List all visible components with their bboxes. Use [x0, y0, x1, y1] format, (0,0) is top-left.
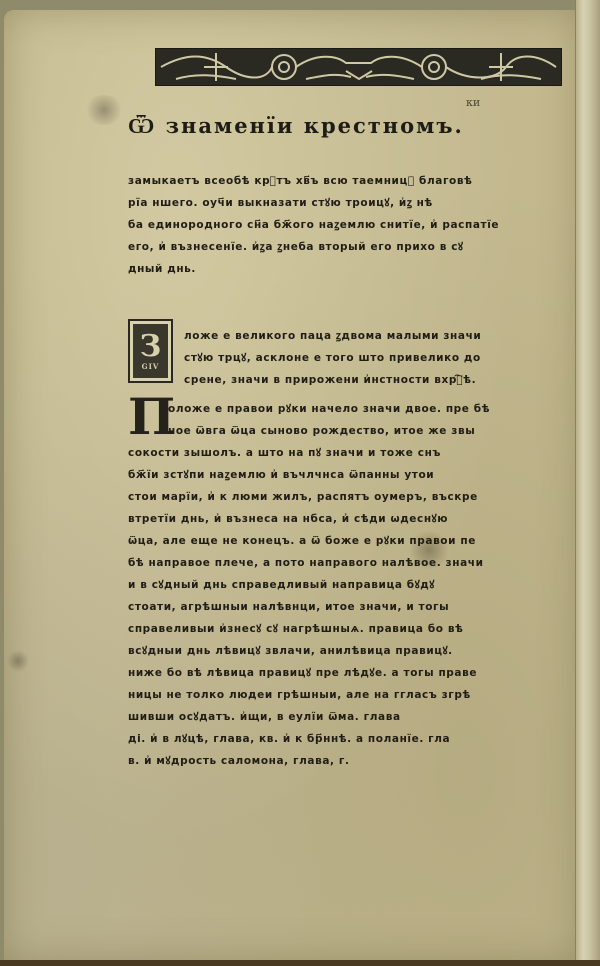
paragraph-1: замыкаетъ всеобѣ крⷮтъ хв҃ъ всю таемницꙋ…: [128, 168, 583, 278]
text-line: ді. и҆ в лꙋцѣ, глава, кв. и҆ к бр҃ннѣ. а…: [128, 726, 583, 748]
text-line: замыкаетъ всеобѣ крⷮтъ хв҃ъ всю таемницꙋ…: [128, 168, 583, 190]
text-line: ба единородного сн҃а бж҃ого наꙁемлю снит…: [128, 212, 583, 234]
book-cover-edge: [0, 960, 600, 966]
folio-number: ки: [466, 96, 480, 109]
floral-ornament-icon: [156, 49, 561, 85]
ink-smudge: [84, 95, 124, 125]
text-line: всꙋдныи днь лѣвицꙋ звлачи, анилѣвица пра…: [128, 638, 583, 660]
text-line: дный днь.: [128, 256, 583, 278]
paragraph-2: ложе е великого паца ꙁдвома малыми значи…: [128, 323, 583, 389]
text-line: стꙋю трцꙋ, асклоне е того што привелико …: [128, 345, 583, 367]
text-line: срене, значи в прирожени и҆нстности вхрⷭ…: [128, 367, 583, 389]
text-line: сокости зышолъ. а што на пꙋ значи и тоже…: [128, 440, 583, 462]
text-line: ницы не толко людеи грѣшныи, але на ггла…: [128, 682, 583, 704]
text-line: ѿца, але еще не конецъ. а ѿ боже е рꙋки …: [128, 528, 583, 550]
text-line: ниже бо вѣ лѣвица правицꙋ пре лѣдꙋе. а т…: [128, 660, 583, 682]
text-line: ное ѿвга ѿца сыново рождество, итое же з…: [128, 418, 583, 440]
section-title: Ѿ знаменїи крестномъ.: [128, 113, 588, 139]
text-line: и в сꙋдный днь справедливый направица бꙋ…: [128, 572, 583, 594]
text-line: стоати, агрѣшныи налѣвнци, итое значи, и…: [128, 594, 583, 616]
paragraph-3: оложе е правои рꙋки начело значи двое. п…: [128, 396, 583, 770]
text-line: справеливыи и҆знесꙋ сꙋ нагрѣшныѧ. правиц…: [128, 616, 583, 638]
text-line: шивши осꙋдатъ. и҆щи, в еулїи ѿма. глава: [128, 704, 583, 726]
text-line: втретїи днь, и҆ възнеса на нбса, и҆ сѣди…: [128, 506, 583, 528]
text-line: стои марїи, и҆ к люми жилъ, распятъ оуме…: [128, 484, 583, 506]
text-line: его, и҆ възнесенїе. и҆ꙁа ꙁнеба вторый ег…: [128, 234, 583, 256]
woodcut-headpiece-ornament: [155, 48, 562, 86]
text-line: бж҃їи зстꙋпи наꙁемлю и҆ въчлчнса ѿпанны …: [128, 462, 583, 484]
text-line: ложе е великого паца ꙁдвома малыми значи: [128, 323, 583, 345]
text-line: оложе е правои рꙋки начело значи двое. п…: [128, 396, 583, 418]
ink-smudge: [7, 650, 29, 672]
text-line: бѣ направое плече, а пото направого налѣ…: [128, 550, 583, 572]
text-line: рїа ншего. оуч҃и выкназати стꙋю троицꙋ, …: [128, 190, 583, 212]
text-line: в. и҆ мꙋдрость саломона, глава, г.: [128, 748, 583, 770]
